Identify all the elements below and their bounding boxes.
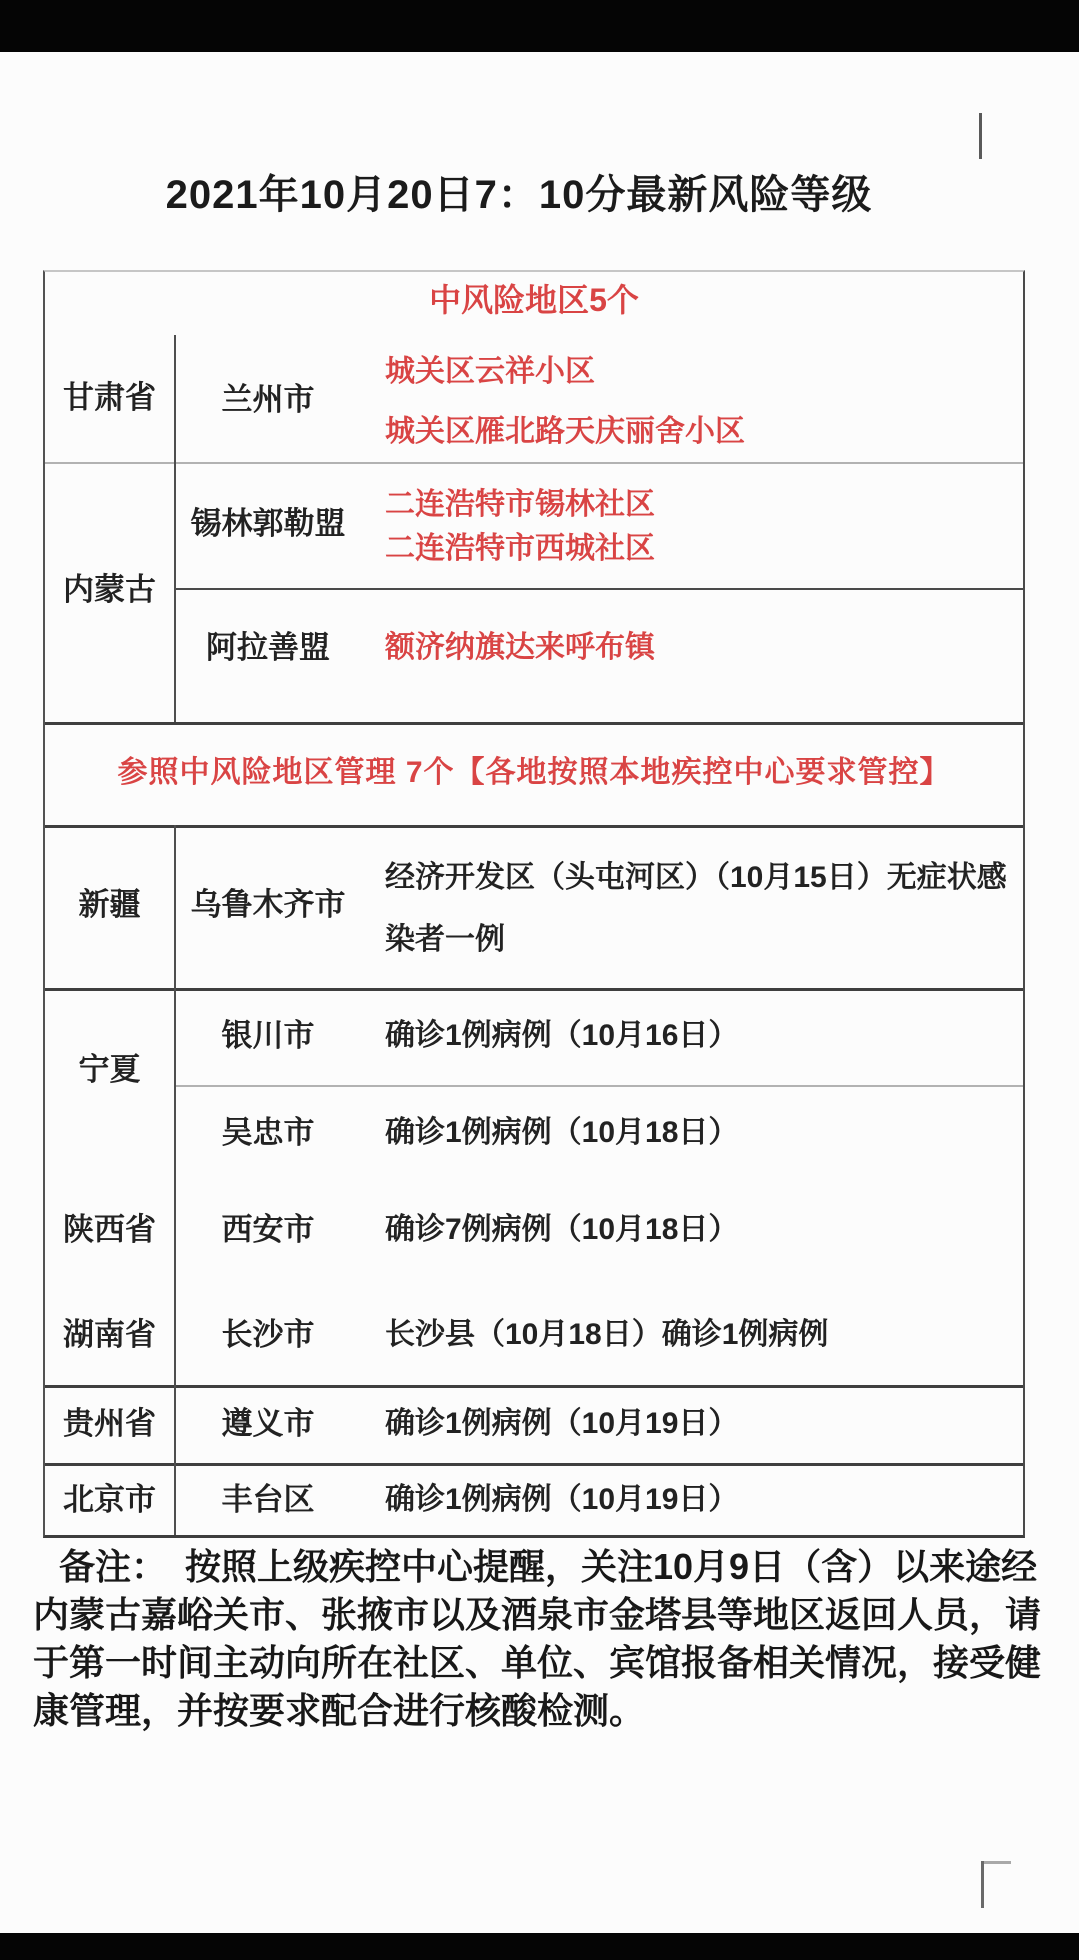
table-divider xyxy=(174,1085,1023,1087)
table-divider xyxy=(174,588,1023,590)
city-label-lanzhou: 兰州市 xyxy=(174,378,362,422)
area-list-lanzhou: 城关区云祥小区 城关区雁北路天庆丽舍小区 xyxy=(385,350,1021,454)
medium-risk-section-header: 中风险地区5个 xyxy=(45,278,1023,322)
case-detail-xian: 确诊7例病例（10月18日） xyxy=(385,1208,1021,1252)
page-title: 2021年10月20日7：10分最新风险等级 xyxy=(0,173,1038,217)
province-label-beijing: 北京市 xyxy=(45,1478,174,1522)
province-label-guizhou: 贵州省 xyxy=(45,1402,174,1446)
risk-level-table: 中风险地区5个 参照中风险地区管理 7个【各地按照本地疾控中心要求管控】 甘肃省… xyxy=(43,270,1025,1538)
city-label-xian: 西安市 xyxy=(174,1208,362,1252)
table-divider xyxy=(45,1385,1023,1388)
bottom-right-crop-mark xyxy=(981,1861,984,1908)
table-divider xyxy=(45,462,1023,464)
remark-line: 康管理，并按要求配合进行核酸检测。 xyxy=(33,1687,1047,1735)
case-detail-wuzhong: 确诊1例病例（10月18日） xyxy=(385,1111,1021,1155)
province-label-ningxia: 宁夏 xyxy=(45,1048,174,1092)
risk-area: 二连浩特市西城社区 xyxy=(385,527,1021,571)
reference-risk-section-header: 参照中风险地区管理 7个【各地按照本地疾控中心要求管控】 xyxy=(45,751,1023,795)
city-label-wuzhong: 吴忠市 xyxy=(174,1111,362,1155)
risk-area: 额济纳旗达来呼布镇 xyxy=(385,626,1021,670)
table-divider xyxy=(45,722,1023,725)
bottom-letterbox-bar xyxy=(0,1933,1079,1960)
case-detail-wulumuqi: 经济开发区（头屯河区）（10月15日）无症状感染者一例 xyxy=(385,847,1021,971)
case-detail-fengtai: 确诊1例病例（10月19日） xyxy=(385,1478,1021,1522)
remark-line: 备注： 按照上级疾控中心提醒，关注10月9日（含）以来途经 xyxy=(33,1543,1047,1591)
case-detail-zunyi: 确诊1例病例（10月19日） xyxy=(385,1402,1021,1446)
province-label-gansu: 甘肃省 xyxy=(45,376,174,420)
city-label-zunyi: 遵义市 xyxy=(174,1402,362,1446)
city-label-fengtai: 丰台区 xyxy=(174,1478,362,1522)
city-label-changsha: 长沙市 xyxy=(174,1313,362,1357)
province-label-xinjiang: 新疆 xyxy=(45,883,174,927)
city-label-xilinguole: 锡林郭勒盟 xyxy=(174,502,362,546)
city-label-alashan: 阿拉善盟 xyxy=(174,626,362,670)
area-list-xilinguole: 二连浩特市锡林社区 二连浩特市西城社区 xyxy=(385,483,1021,571)
risk-area: 城关区雁北路天庆丽舍小区 xyxy=(385,410,1021,454)
case-detail-changsha: 长沙县（10月18日）确诊1例病例 xyxy=(385,1313,1021,1357)
bottom-right-crop-mark xyxy=(984,1861,1011,1864)
risk-area: 城关区云祥小区 xyxy=(385,350,1021,394)
remark-line: 于第一时间主动向所在社区、单位、宾馆报备相关情况，接受健 xyxy=(33,1639,1047,1687)
screenshot-canvas: 2021年10月20日7：10分最新风险等级 中风险地区5个 参照中风险地区管理… xyxy=(0,0,1079,1960)
province-label-shaanxi: 陕西省 xyxy=(45,1208,174,1252)
case-detail-yinchuan: 确诊1例病例（10月16日） xyxy=(385,1014,1021,1058)
table-divider xyxy=(45,988,1023,991)
remark-paragraph: 备注： 按照上级疾控中心提醒，关注10月9日（含）以来途经 内蒙古嘉峪关市、张掖… xyxy=(33,1543,1047,1735)
city-label-wulumuqi: 乌鲁木齐市 xyxy=(174,883,362,927)
province-label-hunan: 湖南省 xyxy=(45,1313,174,1357)
risk-area: 二连浩特市锡林社区 xyxy=(385,483,1021,527)
top-right-crop-mark xyxy=(979,113,982,159)
remark-line: 内蒙古嘉峪关市、张掖市以及酒泉市金塔县等地区返回人员，请 xyxy=(33,1591,1047,1639)
province-label-neimenggu: 内蒙古 xyxy=(45,568,174,612)
city-label-yinchuan: 银川市 xyxy=(174,1014,362,1058)
table-divider xyxy=(45,825,1023,828)
table-divider xyxy=(45,1463,1023,1466)
top-letterbox-bar xyxy=(0,0,1079,52)
